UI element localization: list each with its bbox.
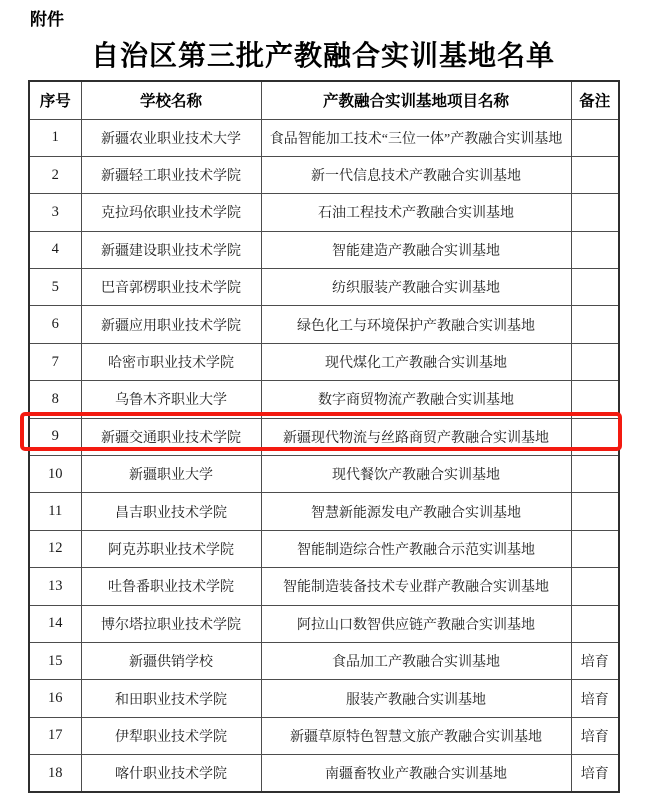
table-row: 7 哈密市职业技术学院 现代煤化工产教融合实训基地: [29, 343, 619, 380]
note-cell: 培育: [571, 717, 619, 754]
school-name-cell: 和田职业技术学院: [81, 680, 261, 717]
table-row: 16 和田职业技术学院 服装产教融合实训基地 培育: [29, 680, 619, 717]
project-name-cell: 食品智能加工技术“三位一体”产教融合实训基地: [261, 119, 571, 156]
school-name-cell: 哈密市职业技术学院: [81, 343, 261, 380]
header-cell-index: 序号: [29, 81, 81, 119]
school-name-cell: 伊犁职业技术学院: [81, 717, 261, 754]
note-cell: [571, 456, 619, 493]
note-cell: [571, 418, 619, 455]
school-name-cell: 乌鲁木齐职业大学: [81, 381, 261, 418]
row-number-cell: 10: [29, 456, 81, 493]
school-name-cell: 博尔塔拉职业技术学院: [81, 605, 261, 642]
note-cell: [571, 156, 619, 193]
note-cell: [571, 568, 619, 605]
school-name-cell: 新疆交通职业技术学院: [81, 418, 261, 455]
table-row: 4 新疆建设职业技术学院 智能建造产教融合实训基地: [29, 231, 619, 268]
header-cell-note: 备注: [571, 81, 619, 119]
row-number-cell: 6: [29, 306, 81, 343]
row-number-cell: 13: [29, 568, 81, 605]
school-name-cell: 克拉玛依职业技术学院: [81, 194, 261, 231]
attachment-label: 附件: [30, 5, 64, 30]
project-name-cell: 现代餐饮产教融合实训基地: [261, 456, 571, 493]
note-cell: [571, 194, 619, 231]
school-name-cell: 巴音郭楞职业技术学院: [81, 269, 261, 306]
school-name-cell: 喀什职业技术学院: [81, 755, 261, 792]
table-row: 3 克拉玛依职业技术学院 石油工程技术产教融合实训基地: [29, 194, 619, 231]
project-name-cell: 阿拉山口数智供应链产教融合实训基地: [261, 605, 571, 642]
table-row: 15 新疆供销学校 食品加工产教融合实训基地 培育: [29, 642, 619, 679]
row-number-cell: 3: [29, 194, 81, 231]
note-cell: [571, 381, 619, 418]
page-title: 自治区第三批产教融合实训基地名单: [0, 34, 646, 74]
project-name-cell: 智能制造装备技术专业群产教融合实训基地: [261, 568, 571, 605]
table-row: 10 新疆职业大学 现代餐饮产教融合实训基地: [29, 456, 619, 493]
row-number-cell: 11: [29, 493, 81, 530]
school-name-cell: 昌吉职业技术学院: [81, 493, 261, 530]
row-number-cell: 16: [29, 680, 81, 717]
header-cell-project: 产教融合实训基地项目名称: [261, 81, 571, 119]
school-name-cell: 新疆建设职业技术学院: [81, 231, 261, 268]
table-header: 序号 学校名称 产教融合实训基地项目名称 备注: [29, 81, 619, 119]
school-name-cell: 新疆农业职业技术大学: [81, 119, 261, 156]
note-cell: [571, 605, 619, 642]
school-name-cell: 新疆供销学校: [81, 642, 261, 679]
row-number-cell: 9: [29, 418, 81, 455]
project-name-cell: 南疆畜牧业产教融合实训基地: [261, 755, 571, 792]
table-row: 9 新疆交通职业技术学院 新疆现代物流与丝路商贸产教融合实训基地: [29, 418, 619, 455]
school-name-cell: 新疆轻工职业技术学院: [81, 156, 261, 193]
project-name-cell: 现代煤化工产教融合实训基地: [261, 343, 571, 380]
note-cell: [571, 231, 619, 268]
table-row: 1 新疆农业职业技术大学 食品智能加工技术“三位一体”产教融合实训基地: [29, 119, 619, 156]
row-number-cell: 2: [29, 156, 81, 193]
project-name-cell: 智能建造产教融合实训基地: [261, 231, 571, 268]
project-name-cell: 新疆现代物流与丝路商贸产教融合实训基地: [261, 418, 571, 455]
table-row: 5 巴音郭楞职业技术学院 纺织服装产教融合实训基地: [29, 269, 619, 306]
table-row: 6 新疆应用职业技术学院 绿色化工与环境保护产教融合实训基地: [29, 306, 619, 343]
note-cell: [571, 119, 619, 156]
table-row: 12 阿克苏职业技术学院 智能制造综合性产教融合示范实训基地: [29, 530, 619, 567]
row-number-cell: 4: [29, 231, 81, 268]
note-cell: 培育: [571, 642, 619, 679]
project-name-cell: 食品加工产教融合实训基地: [261, 642, 571, 679]
note-cell: [571, 269, 619, 306]
row-number-cell: 12: [29, 530, 81, 567]
project-name-cell: 服装产教融合实训基地: [261, 680, 571, 717]
training-base-table: 序号 学校名称 产教融合实训基地项目名称 备注 1 新疆农业职业技术大学 食品智…: [28, 80, 620, 793]
table-row: 17 伊犁职业技术学院 新疆草原特色智慧文旅产教融合实训基地 培育: [29, 717, 619, 754]
note-cell: [571, 493, 619, 530]
row-number-cell: 5: [29, 269, 81, 306]
project-name-cell: 智慧新能源发电产教融合实训基地: [261, 493, 571, 530]
table-row: 14 博尔塔拉职业技术学院 阿拉山口数智供应链产教融合实训基地: [29, 605, 619, 642]
table-row: 11 昌吉职业技术学院 智慧新能源发电产教融合实训基地: [29, 493, 619, 530]
project-name-cell: 数字商贸物流产教融合实训基地: [261, 381, 571, 418]
table-row: 13 吐鲁番职业技术学院 智能制造装备技术专业群产教融合实训基地: [29, 568, 619, 605]
school-name-cell: 吐鲁番职业技术学院: [81, 568, 261, 605]
note-cell: [571, 343, 619, 380]
project-name-cell: 纺织服装产教融合实训基地: [261, 269, 571, 306]
row-number-cell: 8: [29, 381, 81, 418]
row-number-cell: 15: [29, 642, 81, 679]
header-row: 序号 学校名称 产教融合实训基地项目名称 备注: [29, 81, 619, 119]
project-name-cell: 新一代信息技术产教融合实训基地: [261, 156, 571, 193]
table-row: 18 喀什职业技术学院 南疆畜牧业产教融合实训基地 培育: [29, 755, 619, 792]
project-name-cell: 石油工程技术产教融合实训基地: [261, 194, 571, 231]
row-number-cell: 1: [29, 119, 81, 156]
project-name-cell: 新疆草原特色智慧文旅产教融合实训基地: [261, 717, 571, 754]
row-number-cell: 7: [29, 343, 81, 380]
row-number-cell: 14: [29, 605, 81, 642]
school-name-cell: 阿克苏职业技术学院: [81, 530, 261, 567]
header-cell-school: 学校名称: [81, 81, 261, 119]
row-number-cell: 17: [29, 717, 81, 754]
note-cell: 培育: [571, 680, 619, 717]
note-cell: [571, 306, 619, 343]
note-cell: 培育: [571, 755, 619, 792]
project-name-cell: 绿色化工与环境保护产教融合实训基地: [261, 306, 571, 343]
school-name-cell: 新疆应用职业技术学院: [81, 306, 261, 343]
table-row: 2 新疆轻工职业技术学院 新一代信息技术产教融合实训基地: [29, 156, 619, 193]
row-number-cell: 18: [29, 755, 81, 792]
note-cell: [571, 530, 619, 567]
project-name-cell: 智能制造综合性产教融合示范实训基地: [261, 530, 571, 567]
table-body: 1 新疆农业职业技术大学 食品智能加工技术“三位一体”产教融合实训基地 2 新疆…: [29, 119, 619, 792]
table-row: 8 乌鲁木齐职业大学 数字商贸物流产教融合实训基地: [29, 381, 619, 418]
school-name-cell: 新疆职业大学: [81, 456, 261, 493]
